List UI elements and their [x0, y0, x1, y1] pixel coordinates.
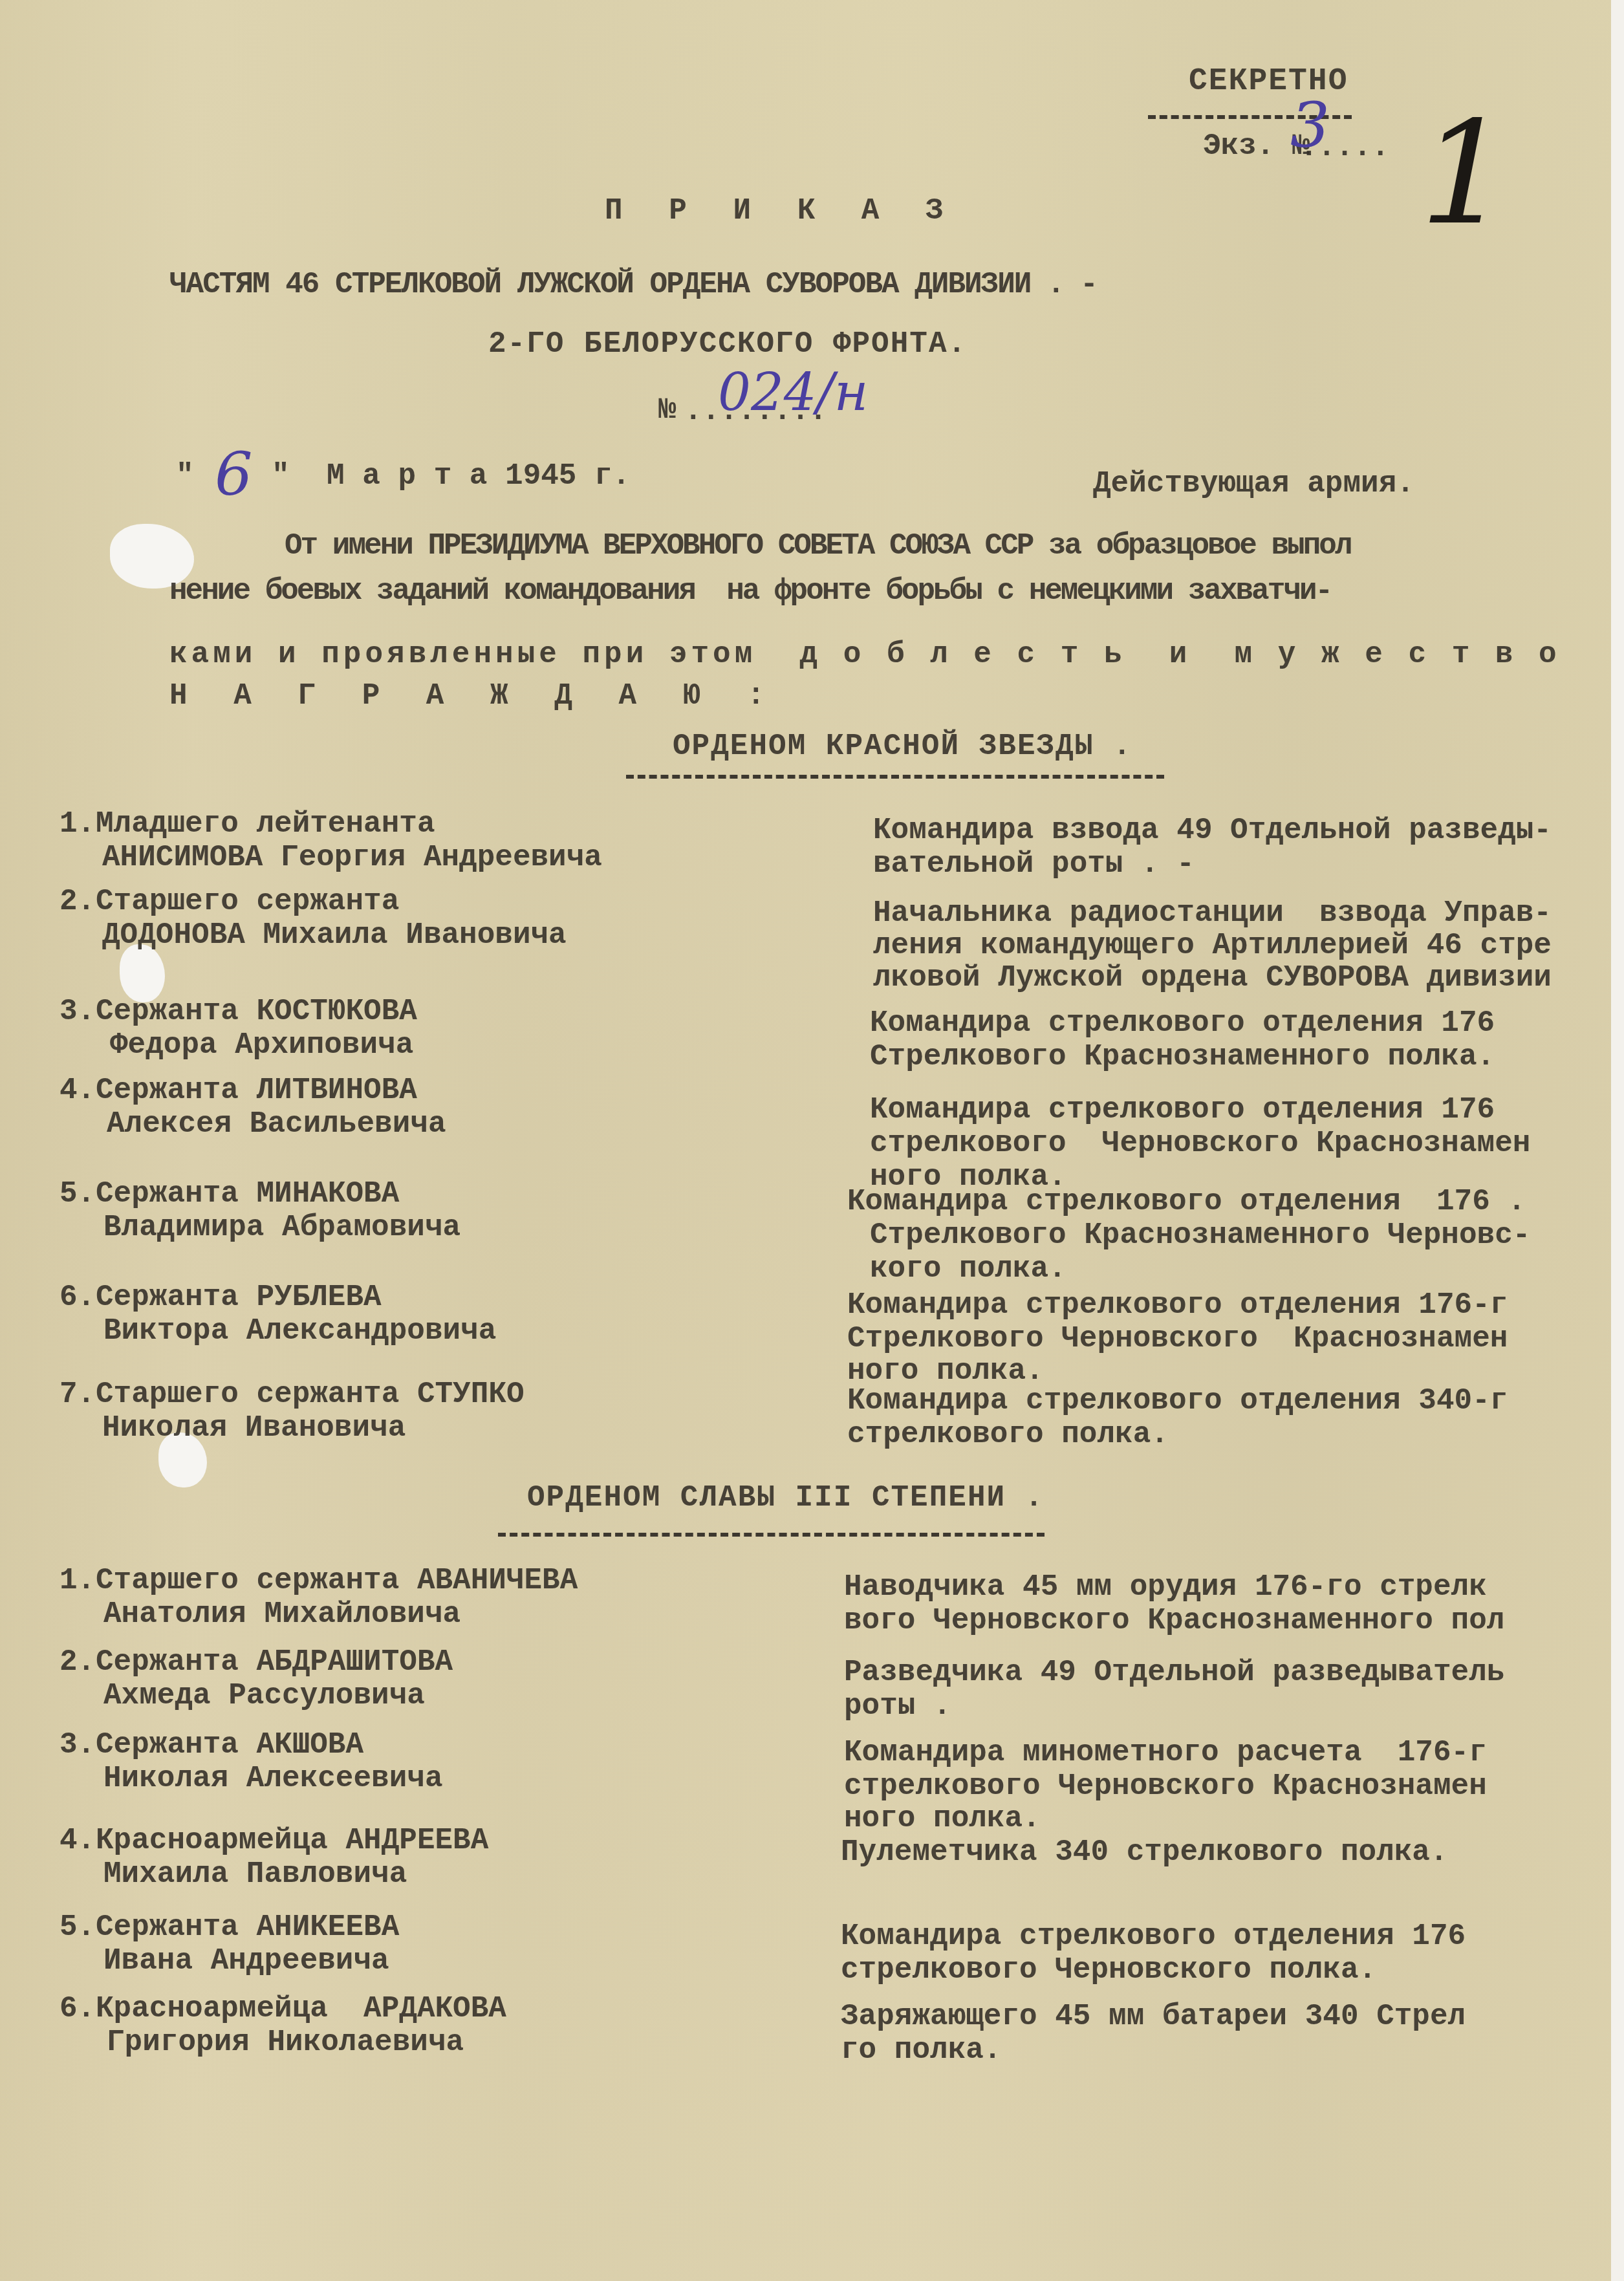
entry-desc-line: лковой Лужской ордена СУВОРОВА дивизии [873, 961, 1552, 995]
entry-number: 3. [60, 1728, 95, 1762]
entry-name: АНИСИМОВА Георгия Андреевича [102, 841, 602, 874]
entry-desc-line: Стрелкового Краснознаменного Черновс- [870, 1218, 1530, 1252]
section-heading: ОРДЕНОМ КРАСНОЙ ЗВЕЗДЫ . [673, 730, 1132, 763]
entry-desc-line: Начальника радиостанции взвода Управ- [873, 896, 1552, 930]
entry-number: 7. [60, 1378, 95, 1411]
entry-desc-line: Командира стрелкового отделения 176 [870, 1093, 1495, 1127]
date-quote-close: " [272, 459, 290, 493]
order-word: П Р И К А З [605, 194, 958, 228]
entry-number: 4. [60, 1074, 95, 1107]
entry-desc-line: Командира стрелкового отделения 340-г [847, 1384, 1508, 1418]
entry-name: Михаила Павловича [103, 1857, 407, 1891]
entry-name: Анатолия Михайловича [103, 1597, 460, 1631]
entry-name: Владимира Абрамовича [103, 1211, 460, 1244]
place-text: Действующая армия. [1093, 467, 1414, 501]
entry-desc-line: Командира минометного расчета 176-г [844, 1736, 1487, 1769]
entry-name: Виктора Александровича [103, 1314, 496, 1348]
preamble-line-1: От имени ПРЕЗИДИУМА ВЕРХОВНОГО СОВЕТА СО… [285, 529, 1351, 563]
entry-desc-line: Командира стрелкового отделения 176-г [847, 1288, 1508, 1322]
entry-name: Николая Ивановича [102, 1411, 406, 1445]
title-line-1: ЧАСТЯМ 46 СТРЕЛКОВОЙ ЛУЖСКОЙ ОРДЕНА СУВО… [169, 268, 1097, 301]
order-number-handwritten: 024/н [718, 362, 868, 422]
entry-name: Алексея Васильевича [107, 1107, 446, 1141]
entry-number: 4. [60, 1824, 95, 1857]
paper-edge [1611, 0, 1624, 2281]
entry-desc-line: вого Черновского Краснознаменного пол [844, 1604, 1504, 1638]
award-word: Н А Г Р А Ж Д А Ю : [169, 679, 779, 713]
section-heading: ОРДЕНОМ СЛАВЫ III СТЕПЕНИ . [527, 1481, 1044, 1515]
entry-name: Григория Николаевича [107, 2026, 464, 2059]
entry-rank: Сержанта МИНАКОВА [96, 1177, 399, 1211]
entry-rank: Сержанта РУБЛЕВА [96, 1281, 382, 1314]
entry-rank: Красноармейца АНДРЕЕВА [96, 1824, 488, 1857]
date-day-handwritten: 6 [215, 440, 253, 509]
order-number-prefix: № [658, 393, 677, 427]
entry-name: Федора Архиповича [110, 1028, 413, 1062]
entry-number: 6. [60, 1992, 95, 2026]
entry-rank: Сержанта АБДРАШИТОВА [96, 1645, 453, 1679]
entry-number: 5. [60, 1910, 95, 1944]
entry-desc-line: Пулеметчика 340 стрелкового полка. [841, 1835, 1448, 1869]
entry-desc-line: Командира взвода 49 Отдельной разведы- [873, 814, 1552, 847]
section-underline [498, 1533, 1045, 1537]
preamble-line-3: ками и проявленные при этом д о б л е с … [169, 638, 1624, 671]
entry-name: Ахмеда Рассуловича [103, 1679, 425, 1713]
entry-desc-line: стрелкового полка. [847, 1418, 1169, 1451]
entry-desc-line: го полка. [841, 2033, 1001, 2067]
entry-desc-line: стрелкового Черновского Краснознамен [870, 1127, 1530, 1160]
entry-desc-line: Стрелкового Краснознаменного полка. [870, 1040, 1495, 1074]
entry-desc-line: Стрелкового Черновского Краснознамен [847, 1322, 1508, 1356]
entry-number: 6. [60, 1281, 95, 1314]
entry-desc-line: Заряжающего 45 мм батареи 340 Стрел [841, 2000, 1466, 2033]
section-underline [626, 775, 1164, 779]
entry-rank: Сержанта КОСТЮКОВА [96, 995, 417, 1028]
entry-number: 3. [60, 995, 95, 1028]
entry-number: 2. [60, 1645, 95, 1679]
entry-desc-line: роты . [844, 1689, 951, 1723]
date-quote-open: " [176, 459, 194, 493]
entry-name: Ивана Андреевича [103, 1944, 389, 1978]
paper-tear [120, 944, 165, 1002]
title-line-2: 2-ГО БЕЛОРУССКОГО ФРОНТА. [488, 327, 967, 361]
entry-rank: Младшего лейтенанта [96, 807, 435, 841]
entry-number: 1. [60, 1564, 95, 1597]
entry-rank: Сержанта АНИКЕЕВА [96, 1910, 399, 1944]
entry-desc-line: стрелкового Черновского Краснознамен [844, 1769, 1487, 1803]
preamble-line-2: нение боевых заданий командования на фро… [169, 574, 1331, 608]
entry-rank: Красноармейца АРДАКОВА [96, 1992, 506, 2026]
entry-desc-line: Разведчика 49 Отдельной разведыватель [844, 1656, 1504, 1689]
entry-desc-line: Наводчика 45 мм орудия 176-го стрелк [844, 1570, 1487, 1604]
entry-rank: Старшего сержанта СТУПКО [96, 1378, 525, 1411]
entry-desc-line: ления командующего Артиллерией 46 стре [873, 929, 1552, 962]
entry-desc-line: стрелкового Черновского полка. [841, 1953, 1376, 1987]
page-number-handwritten: 1 [1420, 91, 1510, 256]
entry-desc-line: ного полка. [847, 1354, 1044, 1388]
entry-desc-line: Командира стрелкового отделения 176 [870, 1006, 1495, 1040]
entry-name: Николая Алексеевича [103, 1762, 443, 1795]
entry-desc-line: Командира стрелкового отделения 176 [841, 1919, 1466, 1953]
date-month-year: М а р т а 1945 г. [327, 459, 630, 493]
entry-number: 1. [60, 807, 95, 841]
copy-number-handwritten: 3 [1290, 89, 1330, 162]
entry-rank: Старшего сержанта АВАНИЧЕВА [96, 1564, 578, 1597]
entry-desc-line: Командира стрелкового отделения 176 . [847, 1185, 1526, 1218]
entry-number: 2. [60, 885, 95, 918]
entry-desc-line: ного полка. [844, 1802, 1041, 1835]
entry-rank: Старшего сержанта [96, 885, 399, 918]
entry-desc-line: кого полка. [870, 1252, 1066, 1286]
entry-rank: Сержанта АКШОВА [96, 1728, 363, 1762]
entry-rank: Сержанта ЛИТВИНОВА [96, 1074, 417, 1107]
entry-number: 5. [60, 1177, 95, 1211]
entry-name: ДОДОНОВА Михаила Ивановича [102, 918, 567, 952]
entry-desc-line: вательной роты . - [873, 847, 1195, 881]
